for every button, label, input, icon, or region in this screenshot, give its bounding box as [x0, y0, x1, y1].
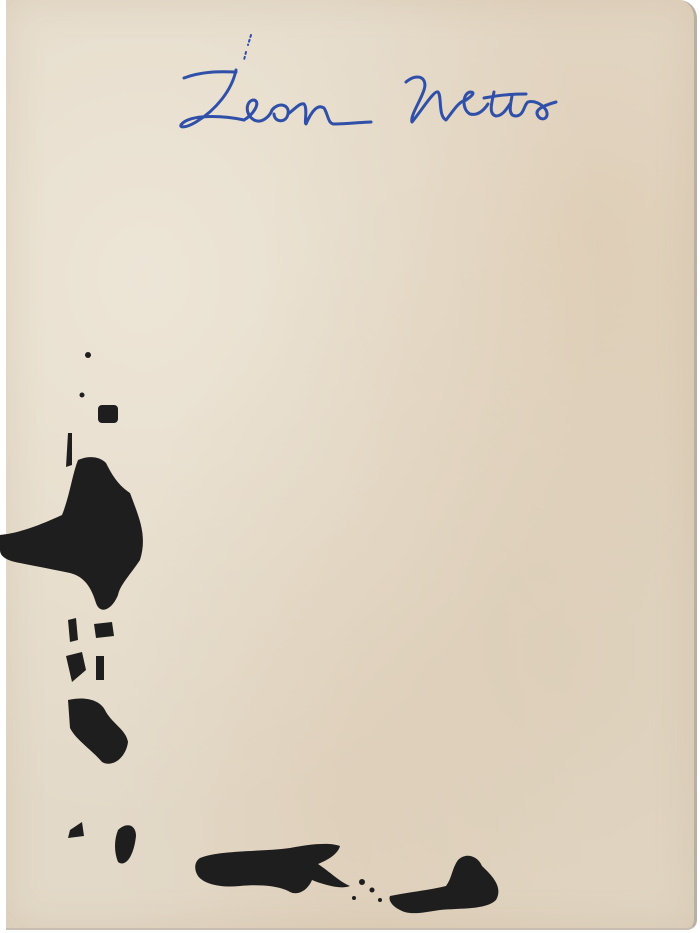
card-back: Leon Netto — [6, 0, 697, 930]
handwritten-signature: Leon Netto — [166, 30, 576, 140]
ink-residue-left-lower — [56, 600, 166, 880]
ink-residue-bottom — [190, 838, 510, 928]
ink-residue-left-upper — [0, 345, 160, 635]
